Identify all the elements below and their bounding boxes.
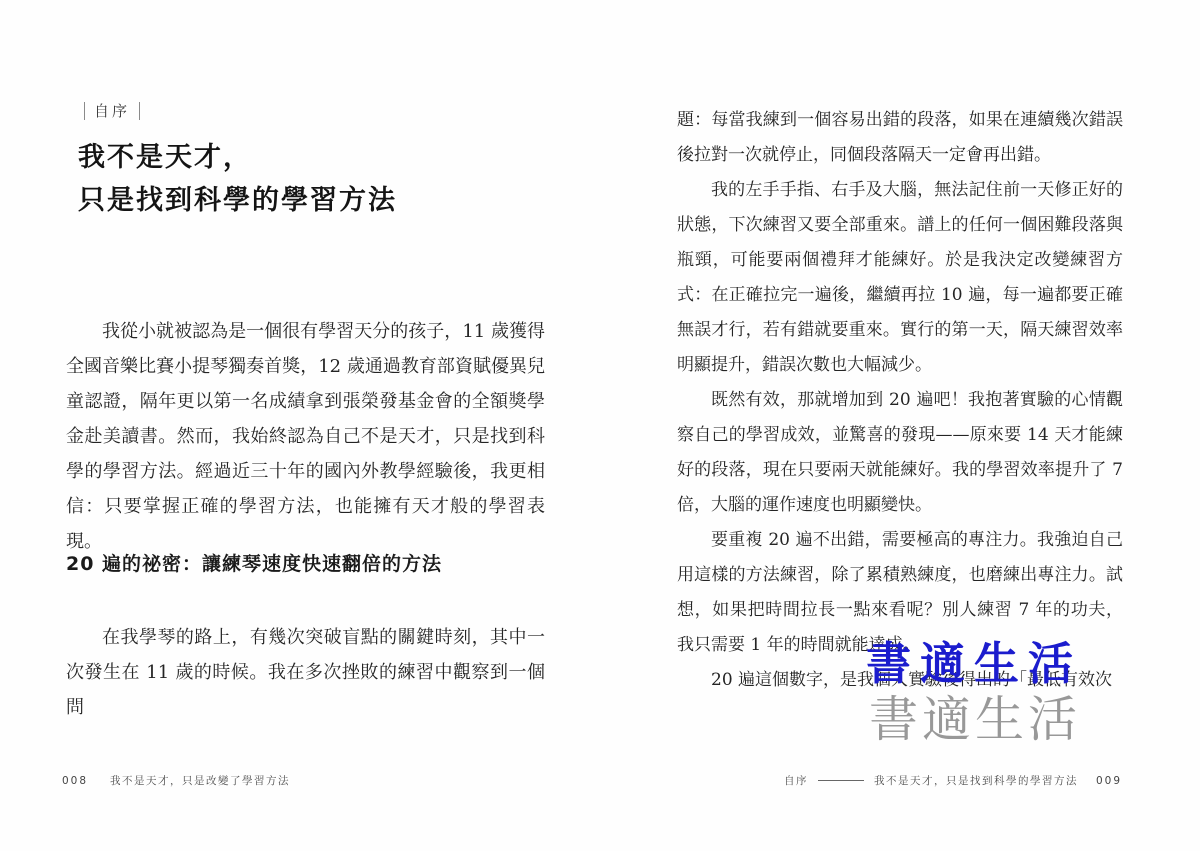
right-paragraph-2: 我的左手手指、右手及大腦，無法記住前一天修正好的狀態，下次練習又要全部重來。譜上… — [677, 173, 1123, 383]
left-paragraph-1: 我從小就被認為是一個很有學習天分的孩子，11 歲獲得全國音樂比賽小提琴獨奏首獎，… — [66, 314, 545, 559]
footer-left: 008 我不是天才，只是改變了學習方法 — [62, 773, 290, 788]
page-title-line-1: 我不是天才， — [78, 142, 252, 173]
section-label-text: 自序 — [94, 100, 130, 121]
section-label: 自序 — [84, 100, 140, 121]
left-paragraph-2: 在我學琴的路上，有幾次突破盲點的關鍵時刻，其中一次發生在 11 歲的時候。我在多… — [66, 620, 545, 725]
section-heading: 20 遍的祕密：讓練琴速度快速翻倍的方法 — [66, 549, 545, 576]
footer-left-title: 我不是天才，只是改變了學習方法 — [110, 773, 290, 788]
footer-right-title: 我不是天才，只是找到科學的學習方法 — [874, 773, 1078, 788]
page-number-left: 008 — [62, 775, 88, 787]
page-title: 我不是天才， 只是找到科學的學習方法 — [78, 136, 397, 222]
right-paragraph-3: 既然有效，那就增加到 20 遍吧！我抱著實驗的心情觀察自己的學習成效，並驚喜的發… — [677, 383, 1123, 523]
right-paragraph-5: 20 遍這個數字，是我個人實驗後得出的「最低有效次 — [677, 663, 1123, 698]
footer-right: 自序 我不是天才，只是找到科學的學習方法 009 — [784, 773, 1122, 788]
right-paragraph-1: 題：每當我練到一個容易出錯的段落，如果在連續幾次錯誤後拉對一次就停止，同個段落隔… — [677, 103, 1123, 173]
page-number-right: 009 — [1096, 775, 1122, 787]
footer-chapter-label: 自序 — [784, 773, 808, 788]
page-title-line-2: 只是找到科學的學習方法 — [78, 185, 397, 216]
label-right-bar — [139, 102, 140, 120]
right-paragraph-4: 要重複 20 遍不出錯，需要極高的專注力。我強迫自己用這樣的方法練習，除了累積熟… — [677, 523, 1123, 663]
right-text-column: 題：每當我練到一個容易出錯的段落，如果在連續幾次錯誤後拉對一次就停止，同個段落隔… — [677, 103, 1123, 698]
footer-dash-line — [818, 780, 864, 781]
label-left-bar — [84, 102, 85, 120]
